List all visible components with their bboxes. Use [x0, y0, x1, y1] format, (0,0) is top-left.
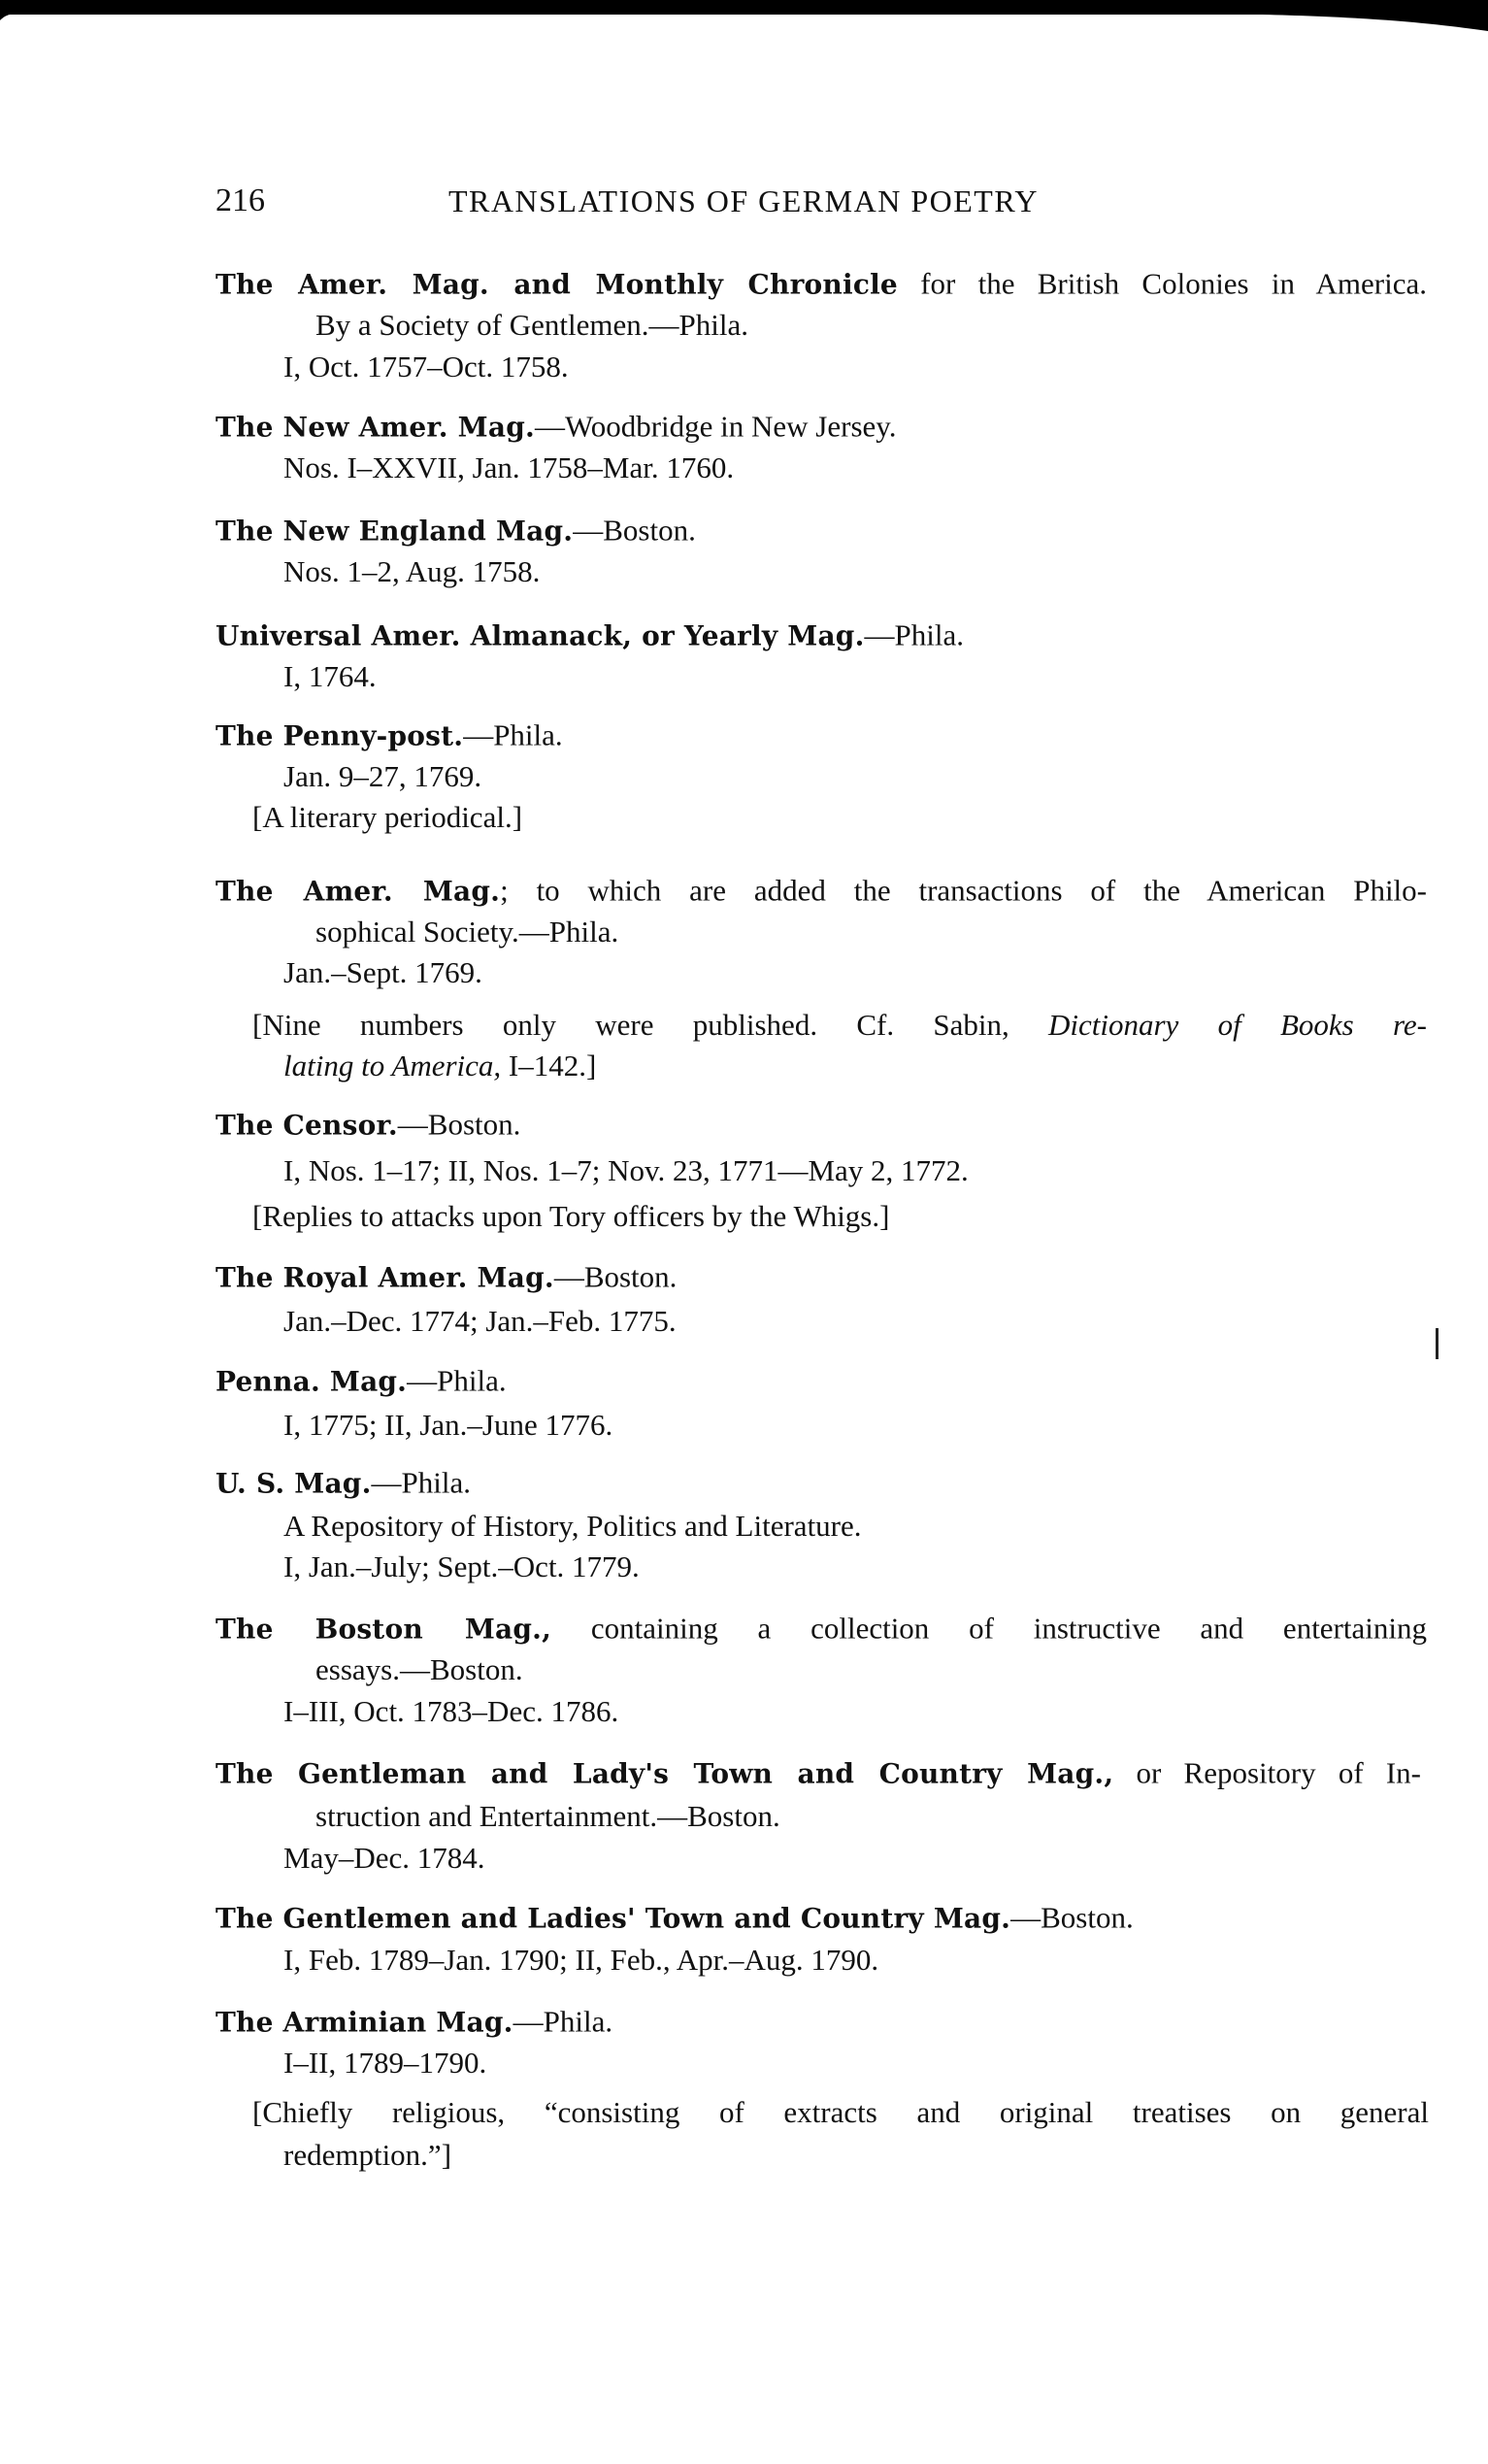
entry-heading: Penna. Mag.—Phila.: [215, 1362, 507, 1402]
entry-dates: Nos. 1–2, Aug. 1758.: [283, 552, 540, 591]
entry-dates: I–III, Oct. 1783–Dec. 1786.: [283, 1692, 618, 1731]
entry-note: [A literary periodical.]: [252, 798, 522, 837]
entry-dates: I, Oct. 1757–Oct. 1758.: [283, 348, 569, 386]
periodical-title: The Royal Amer. Mag.: [215, 1262, 554, 1294]
periodical-title-rest: —Phila.: [513, 2005, 612, 2039]
periodical-title: The Arminian Mag.: [215, 2007, 513, 2039]
entry-heading: The Arminian Mag.—Phila.: [215, 2003, 612, 2043]
scan-artifact-mark: [1436, 1328, 1438, 1359]
periodical-title: U. S. Mag.: [215, 1468, 372, 1500]
entry-heading: The Royal Amer. Mag.—Boston.: [215, 1258, 677, 1298]
periodical-title: Universal Amer. Almanack, or Yearly Mag.: [215, 620, 865, 652]
periodical-title: Penna. Mag.: [215, 1366, 407, 1398]
page-number: 216: [215, 182, 265, 220]
cited-work-title: lating to America,: [283, 1049, 501, 1082]
entry-dates: Nos. I–XXVII, Jan. 1758–Mar. 1760.: [283, 449, 734, 487]
periodical-title-rest: or Repository of In-: [1113, 1756, 1421, 1790]
periodical-title: The Penny-post.: [215, 720, 463, 752]
entry-heading: The Amer. Mag. and Monthly Chronicle for…: [215, 265, 1427, 305]
scan-top-edge: [0, 0, 1488, 31]
entry-continuation: essays.—Boston.: [315, 1650, 523, 1689]
periodical-title-rest: —Boston.: [1010, 1901, 1134, 1935]
periodical-title-rest: —Boston.: [398, 1108, 521, 1142]
periodical-title-rest: containing a collection of instructive a…: [551, 1612, 1427, 1646]
entry-dates: I–II, 1789–1790.: [283, 2044, 486, 2082]
entry-dates: I, Nos. 1–17; II, Nos. 1–7; Nov. 23, 177…: [283, 1151, 969, 1190]
periodical-title-rest: —Phila.: [372, 1466, 471, 1500]
periodical-title: The New England Mag.: [215, 516, 573, 548]
periodical-title-rest: —Phila.: [407, 1364, 506, 1398]
entry-heading: The Gentlemen and Ladies' Town and Count…: [215, 1899, 1134, 1939]
periodical-title: The Gentlemen and Ladies' Town and Count…: [215, 1903, 1010, 1935]
entry-dates: I, 1764.: [283, 657, 377, 696]
periodical-title-rest: for the British Colonies in America.: [898, 267, 1427, 301]
periodical-title-rest: —Boston.: [554, 1260, 678, 1294]
entry-heading: Universal Amer. Almanack, or Yearly Mag.…: [215, 616, 964, 656]
entry-note: [Replies to attacks upon Tory officers b…: [252, 1197, 889, 1236]
entry-subtitle: A Repository of History, Politics and Li…: [283, 1507, 862, 1546]
periodical-title: The Gentleman and Lady's Town and Countr…: [215, 1758, 1113, 1790]
entry-dates: I, Jan.–July; Sept.–Oct. 1779.: [283, 1548, 640, 1586]
entry-dates: May–Dec. 1784.: [283, 1839, 484, 1878]
note-text: [Nine numbers only were published. Cf. S…: [252, 1008, 1048, 1042]
periodical-title: The Amer. Mag.: [215, 876, 500, 908]
entry-heading: The New Amer. Mag.—Woodbridge in New Jer…: [215, 408, 897, 448]
entry-heading: The Penny-post.—Phila.: [215, 716, 563, 756]
periodical-title: The Boston Mag.,: [215, 1614, 551, 1646]
periodical-title-rest: —Boston.: [573, 514, 696, 548]
periodical-title: The Amer. Mag. and Monthly Chronicle: [215, 269, 898, 301]
cited-work-title: Dictionary of Books re-: [1048, 1008, 1427, 1042]
running-head: TRANSLATIONS OF GERMAN POETRY: [448, 182, 1039, 220]
entry-dates: I, Feb. 1789–Jan. 1790; II, Feb., Apr.–A…: [283, 1941, 878, 1980]
entry-continuation: sophical Society.—Phila.: [315, 913, 618, 951]
entry-note-continuation: lating to America, I–142.]: [283, 1047, 596, 1085]
entry-continuation: struction and Entertainment.—Boston.: [315, 1797, 780, 1836]
entry-heading: The Amer. Mag.; to which are added the t…: [215, 872, 1427, 912]
entry-dates: Jan.–Dec. 1774; Jan.–Feb. 1775.: [283, 1302, 677, 1341]
entry-heading: U. S. Mag.—Phila.: [215, 1464, 471, 1504]
periodical-title-rest: —Woodbridge in New Jersey.: [535, 410, 897, 444]
periodical-title-rest: —Phila.: [463, 718, 562, 752]
entry-heading: The New England Mag.—Boston.: [215, 512, 696, 551]
entry-heading: The Gentleman and Lady's Town and Countr…: [215, 1754, 1421, 1794]
periodical-title-rest: —Phila.: [865, 618, 964, 652]
entry-dates: Jan.–Sept. 1769.: [283, 953, 482, 992]
entry-note-continuation: redemption.”]: [283, 2136, 451, 2175]
entry-dates: Jan. 9–27, 1769.: [283, 757, 481, 796]
entry-continuation: By a Society of Gentlemen.—Phila.: [315, 306, 748, 345]
entry-heading: The Censor.—Boston.: [215, 1106, 520, 1146]
periodical-title: The New Amer. Mag.: [215, 412, 535, 444]
entry-dates: I, 1775; II, Jan.–June 1776.: [283, 1406, 612, 1445]
entry-note: [Chiefly religious, “consisting of extra…: [252, 2093, 1429, 2132]
periodical-title: The Censor.: [215, 1110, 398, 1142]
entry-note: [Nine numbers only were published. Cf. S…: [252, 1006, 1427, 1045]
periodical-title-rest: ; to which are added the transactions of…: [500, 874, 1427, 908]
entry-heading: The Boston Mag., containing a collection…: [215, 1610, 1427, 1649]
note-text: I–142.]: [501, 1049, 596, 1082]
